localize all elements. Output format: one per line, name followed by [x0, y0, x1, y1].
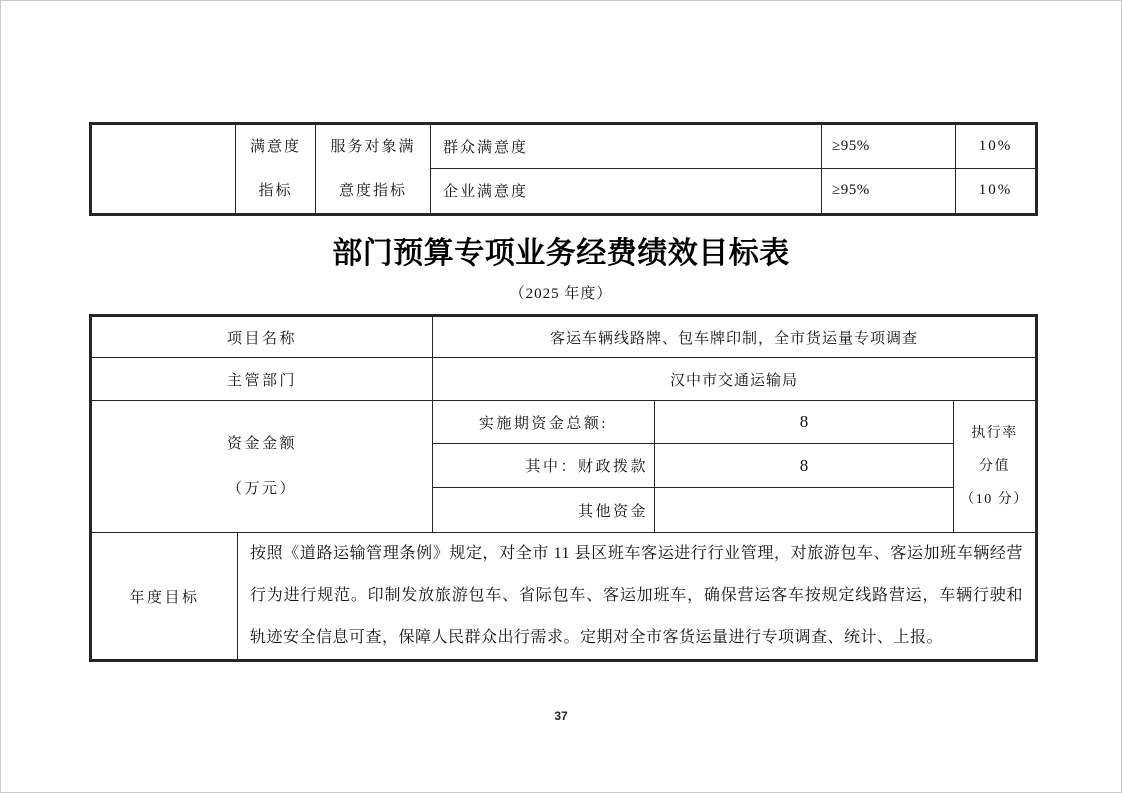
indicator-name-public: 群众满意度 — [431, 124, 822, 169]
document-page: 满意度 指标 服务对象满 意度指标 群众满意度 ≥95% 10% 企业满意度 ≥… — [0, 0, 1122, 793]
funds-total-value: 8 — [655, 401, 954, 444]
indicator-weight-public: 10% — [956, 124, 1037, 169]
indicator-target-enterprise: ≥95% — [822, 168, 956, 214]
indicator-weight-enterprise: 10% — [956, 168, 1037, 214]
indicator-name-enterprise: 企业满意度 — [431, 168, 822, 214]
satisfaction-group-line2: 指标 — [236, 169, 315, 213]
funds-fiscal-label: 其中：财政拨款 — [433, 444, 655, 488]
service-object-line1: 服务对象满 — [316, 125, 430, 169]
annual-goal-label: 年度目标 — [91, 533, 238, 661]
execution-rate-score-cell: 执行率 分值 （10 分） — [954, 401, 1037, 533]
satisfaction-group-header: 满意度 指标 — [236, 124, 316, 215]
budget-performance-table: 项目名称 客运车辆线路牌、包车牌印制，全市货运量专项调查 主管部门 汉中市交通运… — [89, 314, 1038, 662]
funds-amount-line1: 资金金额 — [92, 422, 432, 467]
funds-fiscal-value: 8 — [655, 444, 954, 488]
indicator-target-public: ≥95% — [822, 124, 956, 169]
execution-rate-line2: 分值 — [954, 450, 1035, 483]
project-name-value: 客运车辆线路牌、包车牌印制，全市货运量专项调查 — [433, 316, 1037, 358]
page-number: 37 — [1, 709, 1121, 723]
satisfaction-group-line1: 满意度 — [236, 125, 315, 169]
service-object-line2: 意度指标 — [316, 169, 430, 213]
funds-other-label: 其他资金 — [433, 488, 655, 533]
funds-amount-line2: （万元） — [92, 467, 432, 512]
satisfaction-indicators-table: 满意度 指标 服务对象满 意度指标 群众满意度 ≥95% 10% 企业满意度 ≥… — [89, 122, 1038, 216]
funds-other-value — [655, 488, 954, 533]
department-value: 汉中市交通运输局 — [433, 358, 1037, 401]
empty-cell — [91, 124, 236, 215]
annual-goal-value: 按照《道路运输管理条例》规定，对全市 11 县区班车客运进行行业管理，对旅游包车… — [238, 533, 1037, 661]
department-label: 主管部门 — [91, 358, 433, 401]
funds-total-label: 实施期资金总额: — [433, 401, 655, 444]
document-subtitle: （2025 年度） — [1, 282, 1121, 303]
project-name-label: 项目名称 — [91, 316, 433, 358]
funds-amount-label: 资金金额 （万元） — [91, 401, 433, 533]
service-object-header: 服务对象满 意度指标 — [316, 124, 431, 215]
execution-rate-line3: （10 分） — [954, 483, 1035, 516]
document-title: 部门预算专项业务经费绩效目标表 — [1, 228, 1121, 272]
execution-rate-line1: 执行率 — [954, 417, 1035, 450]
